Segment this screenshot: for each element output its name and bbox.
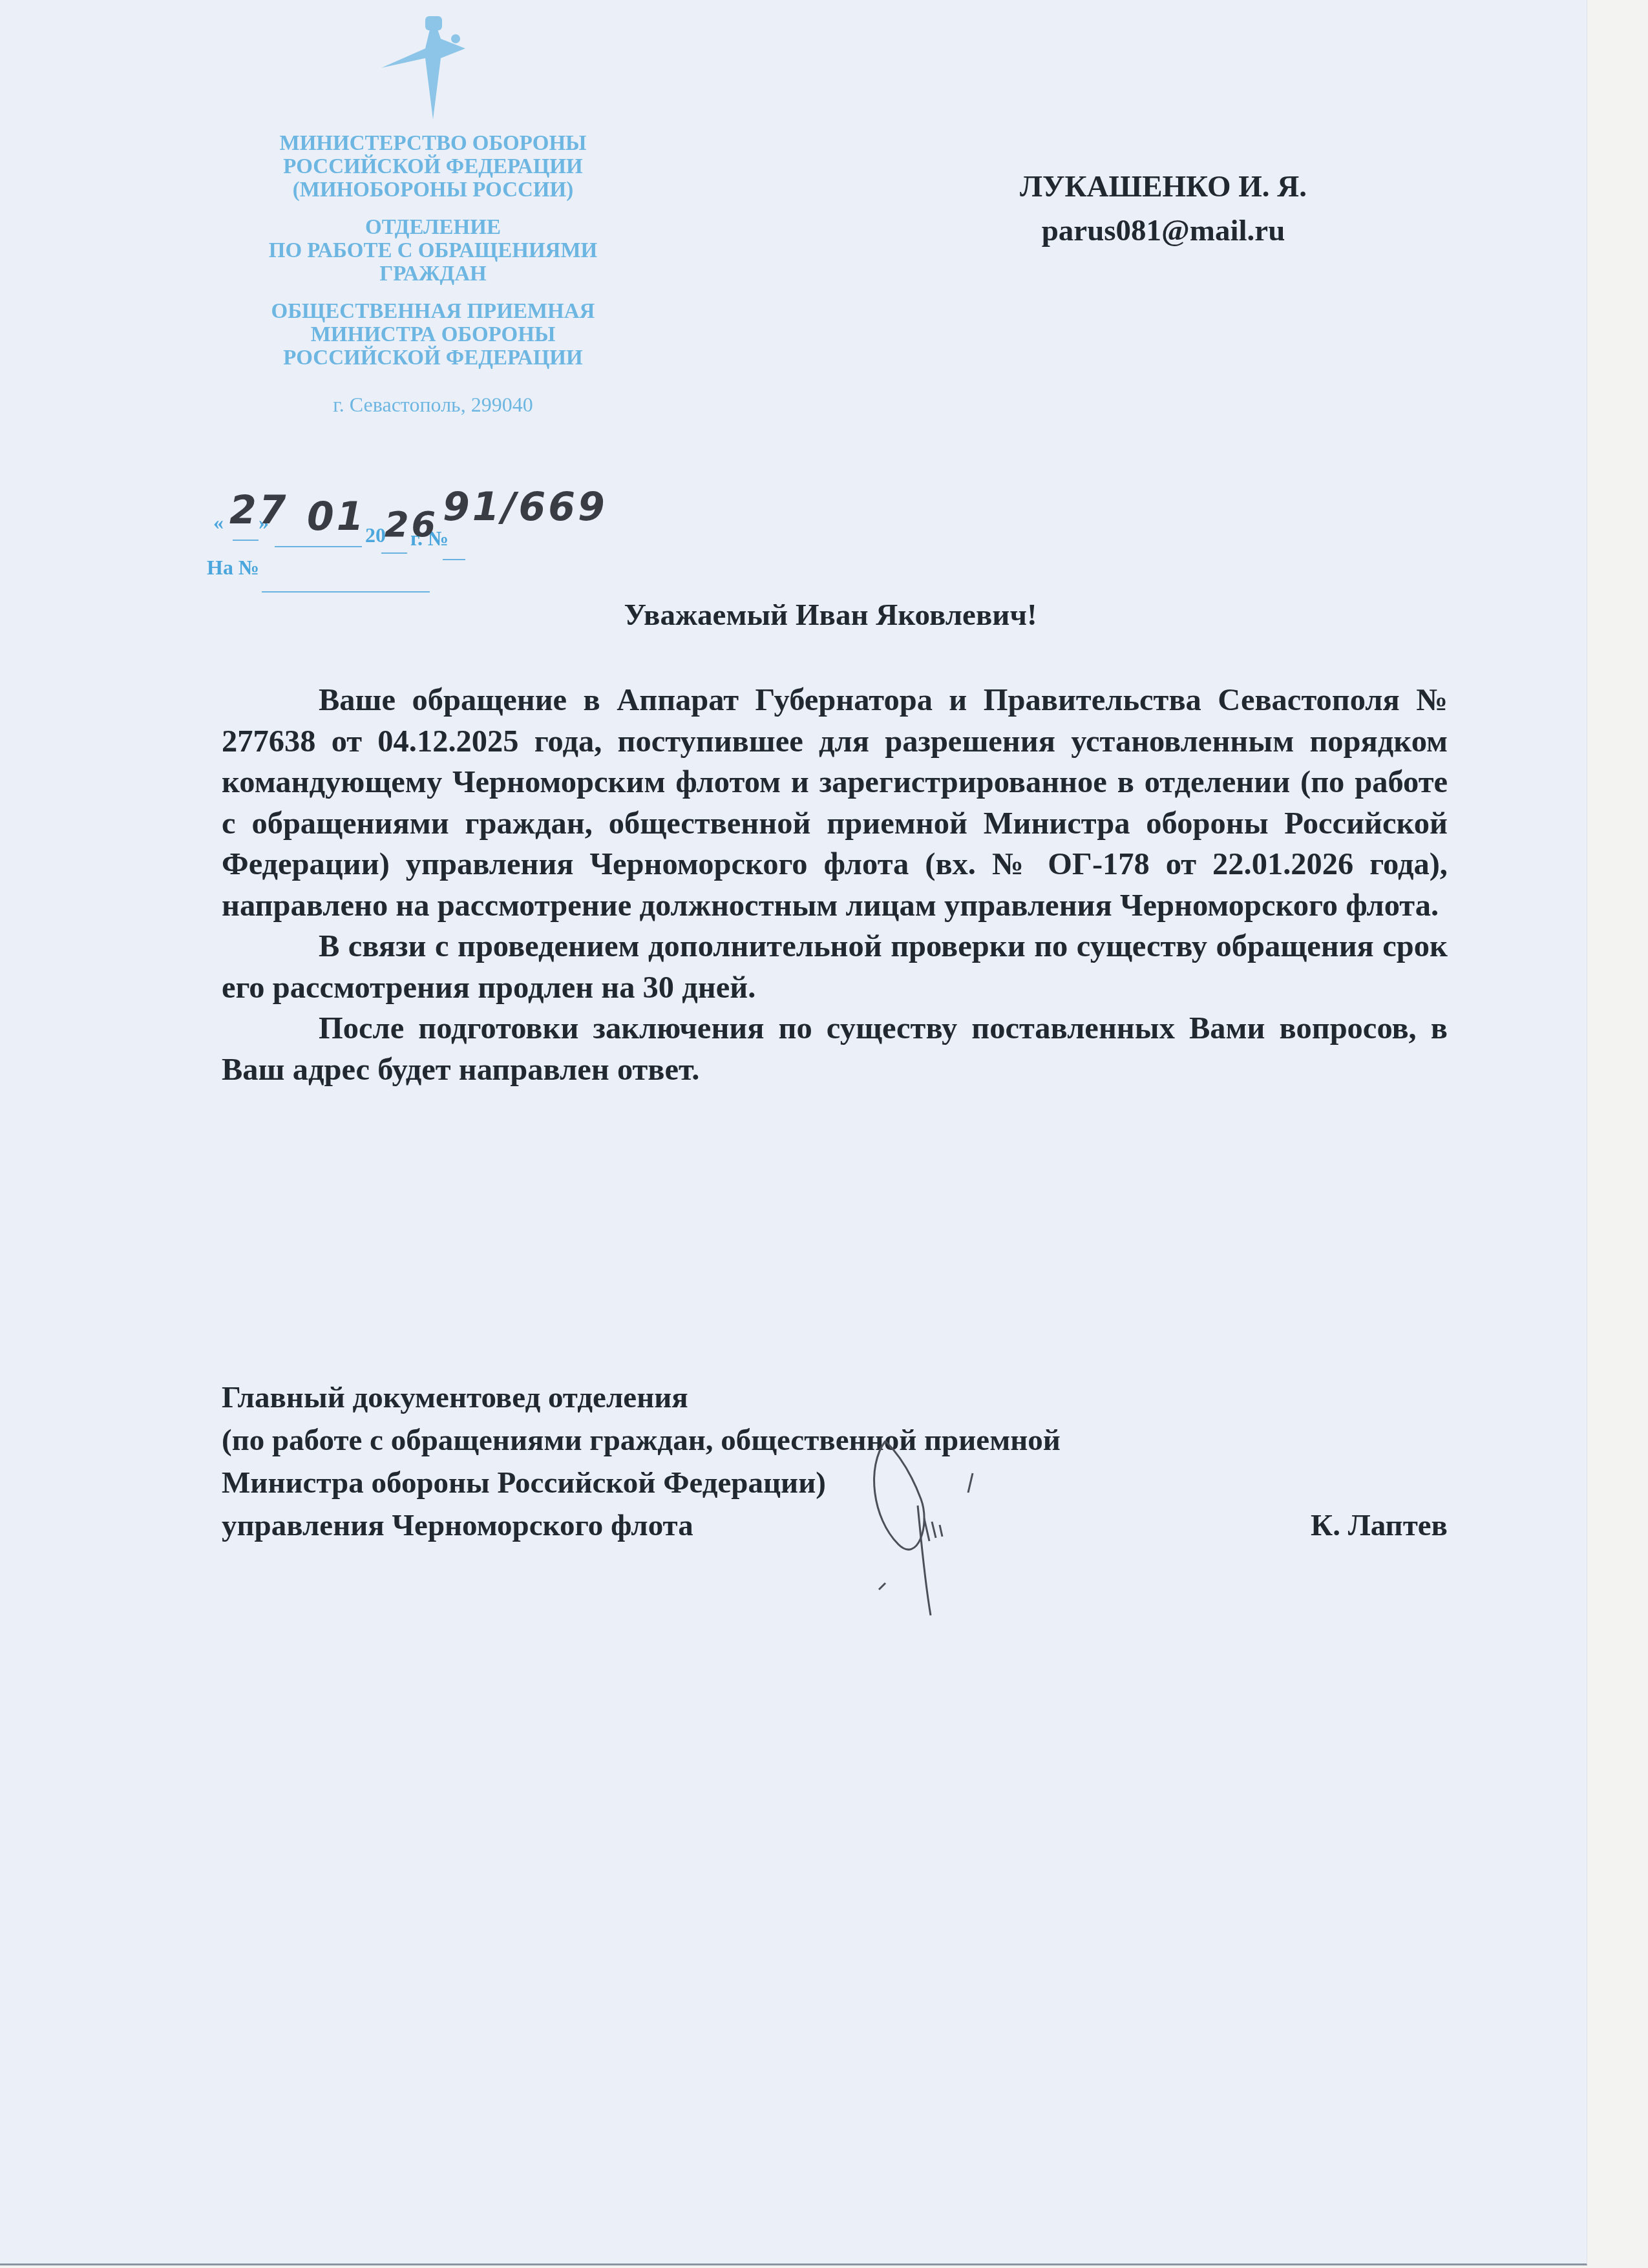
signature-block: Главный документовед отделения (по работ…: [222, 1376, 1448, 1547]
salutation: Уважаемый Иван Яковлевич!: [213, 598, 1448, 633]
handwritten-day: 27: [229, 488, 289, 533]
department-line: ПО РАБОТЕ С ОБРАЩЕНИЯМИ: [239, 239, 627, 262]
recipient-block: ЛУКАШЕНКО И. Я. parus081@mail.ru: [969, 165, 1357, 253]
emblem-icon: [368, 13, 498, 123]
signature-icon: [860, 1428, 1028, 1622]
day-open-quote: «: [213, 510, 224, 534]
recipient-email: parus081@mail.ru: [969, 209, 1357, 253]
letterhead-line: РОССИЙСКОЙ ФЕДЕРАЦИИ: [239, 155, 627, 178]
department-line: ГРАЖДАН: [239, 262, 627, 286]
registration-line: « » 20 г. № На № 27 01 26 91/669: [210, 491, 792, 594]
letter-body: Ваше обращение в Аппарат Губернатора и П…: [222, 680, 1448, 1090]
signer-title-line: Главный документовед отделения: [222, 1376, 1448, 1419]
signer-title-line: (по работе с обращениями граждан, общест…: [222, 1419, 1448, 1462]
reception-line: РОССИЙСКОЙ ФЕДЕРАЦИИ: [239, 346, 627, 370]
recipient-name: ЛУКАШЕНКО И. Я.: [969, 165, 1357, 209]
reception-line: ОБЩЕСТВЕННАЯ ПРИЕМНАЯ: [239, 300, 627, 323]
letterhead-line: (МИНОБОРОНЫ РОССИИ): [239, 178, 627, 202]
body-paragraph: Ваше обращение в Аппарат Губернатора и П…: [222, 680, 1448, 926]
body-paragraph: В связи с проведением дополнительной про…: [222, 926, 1448, 1008]
signer-title-line: Министра обороны Российской Федерации): [222, 1462, 1448, 1504]
handwritten-year: 26: [385, 504, 438, 545]
signer-title-line: управления Черноморского флота: [222, 1504, 693, 1547]
letterhead-line: МИНИСТЕРСТВО ОБОРОНЫ: [239, 132, 627, 155]
letterhead-city: г. Севастополь, 299040: [239, 393, 627, 416]
year-prefix: 20: [365, 523, 386, 547]
body-paragraph: После подготовки заключения по существу …: [222, 1008, 1448, 1090]
handwritten-month: 01: [307, 494, 366, 540]
letter-page: МИНИСТЕРСТВО ОБОРОНЫ РОССИЙСКОЙ ФЕДЕРАЦИ…: [0, 0, 1587, 2265]
reception-line: МИНИСТРА ОБОРОНЫ: [239, 323, 627, 346]
ref-label: На №: [207, 556, 259, 580]
signer-name: К. Лаптев: [1311, 1504, 1448, 1547]
letterhead-stamp: МИНИСТЕРСТВО ОБОРОНЫ РОССИЙСКОЙ ФЕДЕРАЦИ…: [239, 13, 627, 416]
handwritten-number: 91/669: [443, 485, 607, 530]
department-line: ОТДЕЛЕНИЕ: [239, 216, 627, 239]
